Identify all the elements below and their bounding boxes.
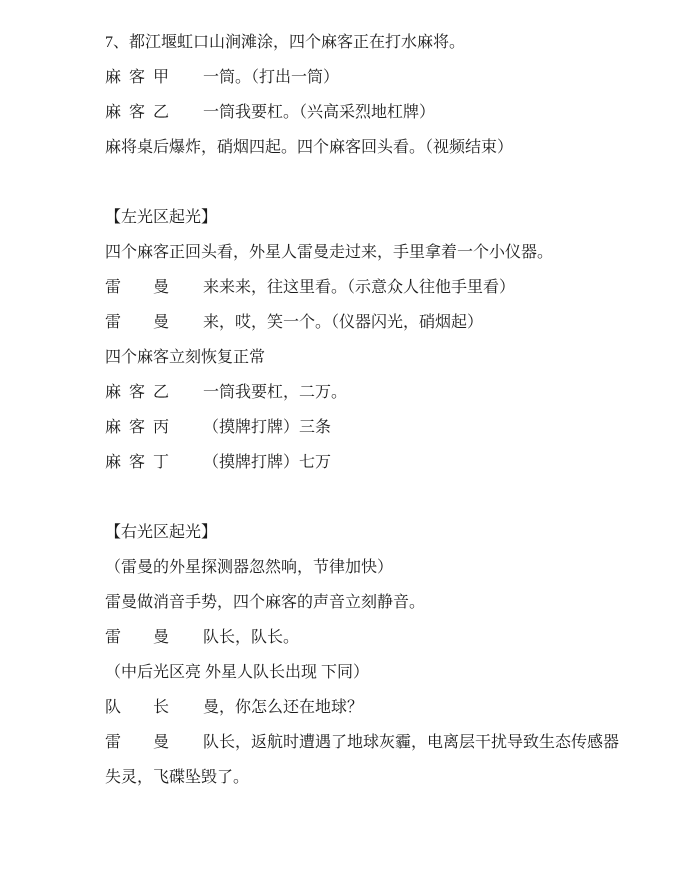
dialogue-line: 麻客丙（摸牌打牌）三条	[105, 410, 639, 445]
stage-direction: 四个麻客正回头看，外星人雷曼走过来，手里拿着一个小仪器。	[105, 235, 639, 270]
scene-heading: 7、都江堰虹口山涧滩涂，四个麻客正在打水麻将。	[105, 25, 639, 60]
dialogue-line: 雷 曼来来来，往这里看。（示意众人往他手里看）	[105, 270, 639, 305]
dialogue-text: （摸牌打牌）三条	[203, 419, 331, 436]
speaker-name: 麻客甲	[105, 60, 177, 95]
dialogue-line: 队 长曼，你怎么还在地球？	[105, 690, 639, 725]
speaker-name: 麻客丁	[105, 445, 177, 480]
dialogue-text: 队长，队长。	[203, 629, 299, 646]
dialogue-line: 雷 曼队长，返航时遭遇了地球灰霾，电离层干扰导致生态传感器	[105, 725, 639, 760]
script-body: 7、都江堰虹口山涧滩涂，四个麻客正在打水麻将。麻客甲一筒。（打出一筒）麻客乙一筒…	[105, 25, 639, 795]
stage-direction: （雷曼的外星探测器忽然响，节律加快）	[105, 550, 639, 585]
dialogue-text: （摸牌打牌）七万	[203, 454, 331, 471]
line-text: 雷曼做消音手势，四个麻客的声音立刻静音。	[105, 594, 425, 611]
blank-line	[105, 165, 639, 200]
line-text: （中后光区亮 外星人队长出现 下同）	[105, 664, 369, 681]
dialogue-line: 麻客甲一筒。（打出一筒）	[105, 60, 639, 95]
dialogue-text: 一筒我要杠，二万。	[203, 384, 347, 401]
line-text: 四个麻客立刻恢复正常	[105, 349, 265, 366]
speaker-name: 队 长	[105, 690, 177, 725]
dialogue-text: 队长，返航时遭遇了地球灰霾，电离层干扰导致生态传感器	[203, 734, 619, 751]
speaker-name: 麻客乙	[105, 95, 177, 130]
stage-direction: 雷曼做消音手势，四个麻客的声音立刻静音。	[105, 585, 639, 620]
light-cue-heading: 【左光区起光】	[105, 200, 639, 235]
speaker-name: 雷 曼	[105, 305, 177, 340]
speaker-name: 麻客丙	[105, 410, 177, 445]
speaker-name: 雷 曼	[105, 620, 177, 655]
light-cue-heading: 【右光区起光】	[105, 515, 639, 550]
stage-direction: 四个麻客立刻恢复正常	[105, 340, 639, 375]
line-text: （雷曼的外星探测器忽然响，节律加快）	[105, 559, 393, 576]
dialogue-line: 麻客乙一筒我要杠。（兴高采烈地杠牌）	[105, 95, 639, 130]
dialogue-text: 曼，你怎么还在地球？	[203, 699, 363, 716]
dialogue-line: 雷 曼来，哎，笑一个。（仪器闪光，硝烟起）	[105, 305, 639, 340]
dialogue-line: 麻客丁（摸牌打牌）七万	[105, 445, 639, 480]
document-page: 7、都江堰虹口山涧滩涂，四个麻客正在打水麻将。麻客甲一筒。（打出一筒）麻客乙一筒…	[0, 0, 679, 875]
line-text: 【右光区起光】	[105, 524, 217, 541]
stage-direction: （中后光区亮 外星人队长出现 下同）	[105, 655, 639, 690]
dialogue-line: 麻客乙一筒我要杠，二万。	[105, 375, 639, 410]
dialogue-text: 来，哎，笑一个。（仪器闪光，硝烟起）	[203, 314, 483, 331]
stage-direction: 麻将桌后爆炸，硝烟四起。四个麻客回头看。（视频结束）	[105, 130, 639, 165]
speaker-name: 雷 曼	[105, 270, 177, 305]
dialogue-text: 一筒我要杠。（兴高采烈地杠牌）	[203, 104, 435, 121]
line-text: 7、都江堰虹口山涧滩涂，四个麻客正在打水麻将。	[105, 34, 465, 51]
line-text: 四个麻客正回头看，外星人雷曼走过来，手里拿着一个小仪器。	[105, 244, 553, 261]
dialogue-text: 来来来，往这里看。（示意众人往他手里看）	[203, 279, 515, 296]
dialogue-line: 雷 曼队长，队长。	[105, 620, 639, 655]
line-text: 麻将桌后爆炸，硝烟四起。四个麻客回头看。（视频结束）	[105, 139, 513, 156]
line-text: 【左光区起光】	[105, 209, 217, 226]
speaker-name: 麻客乙	[105, 375, 177, 410]
dialogue-continuation: 失灵，飞碟坠毁了。	[105, 760, 639, 795]
speaker-name: 雷 曼	[105, 725, 177, 760]
line-text: 失灵，飞碟坠毁了。	[105, 769, 249, 786]
dialogue-text: 一筒。（打出一筒）	[203, 69, 339, 86]
blank-line	[105, 480, 639, 515]
